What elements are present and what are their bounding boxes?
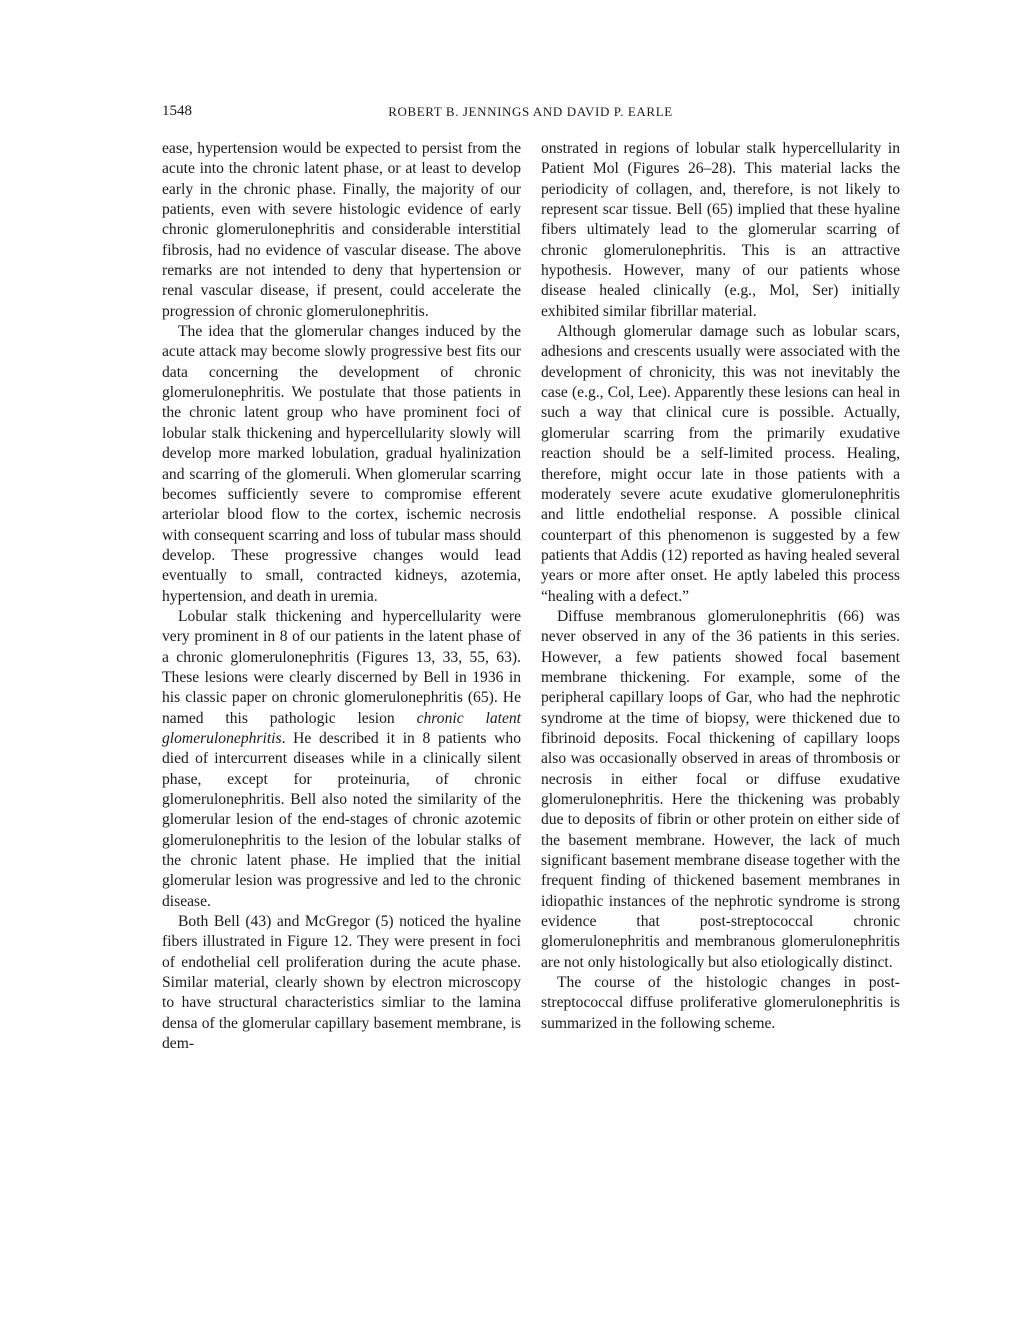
left-column: ease, hypertension would be expected to … xyxy=(162,139,521,1054)
paragraph: Diffuse membranous glomerulonephritis (6… xyxy=(541,607,900,973)
paragraph: ease, hypertension would be expected to … xyxy=(162,139,521,322)
paragraph: Although glomerular damage such as lobul… xyxy=(541,322,900,607)
paragraph: Lobular stalk thickening and hypercellul… xyxy=(162,607,521,912)
paragraph-text: . He described it in 8 patients who died… xyxy=(162,730,521,910)
page-header: 1548 ROBERT B. JENNINGS AND DAVID P. EAR… xyxy=(162,103,899,123)
paragraph: The idea that the glomerular changes ind… xyxy=(162,322,521,607)
paragraph: The course of the histologic changes in … xyxy=(541,973,900,1034)
right-column: onstrated in regions of lobular stalk hy… xyxy=(541,139,900,1034)
paragraph: Both Bell (43) and McGregor (5) noticed … xyxy=(162,912,521,1054)
running-head: ROBERT B. JENNINGS AND DAVID P. EARLE xyxy=(162,104,899,120)
paragraph: onstrated in regions of lobular stalk hy… xyxy=(541,139,900,322)
